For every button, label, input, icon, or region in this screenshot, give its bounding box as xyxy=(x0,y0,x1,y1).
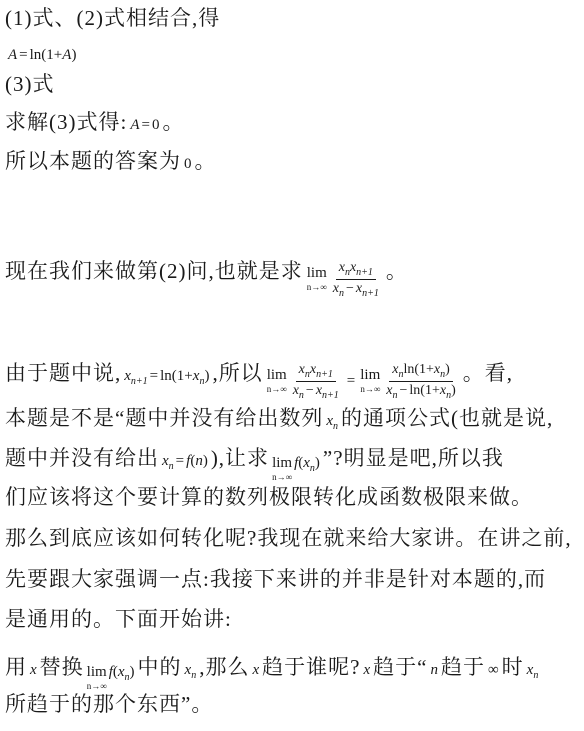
math-var-x: x xyxy=(363,662,370,678)
text-segment: 时 xyxy=(502,655,524,679)
math-infinity: ∞ xyxy=(488,662,499,678)
math-xn: xn xyxy=(185,662,197,678)
formula-a-equals-ln: A=ln(1+A) xyxy=(8,47,76,63)
text-line-1: (1)式、(2)式相结合,得 xyxy=(5,3,220,33)
math-var-x: x xyxy=(30,662,37,678)
math-sub-n1: n+1 xyxy=(131,376,148,387)
text-line-9: 题中并没有给出xn=f(n)),让求limn→∞f(xn)”?明显是吧,所以我 xyxy=(5,443,504,482)
math-equals: = xyxy=(140,117,152,133)
text-line-15: 所趋于的那个东西”。 xyxy=(5,689,213,719)
text-segment: 。看, xyxy=(463,361,513,385)
text-line-11: 那么到底应该如何转化呢?我现在就来给大家讲。在讲之前, xyxy=(5,523,572,553)
text-segment: ”?明显是吧,所以我 xyxy=(323,446,504,470)
text-line-8: 本题是不是“题中并没有给出数列xn的通项公式(也就是说, xyxy=(5,403,553,436)
text-segment: ,那么 xyxy=(199,655,249,679)
text-segment: (3)式 xyxy=(5,72,55,96)
text-segment: 所以本题的答案为 xyxy=(5,149,181,173)
math-var-x: x xyxy=(363,662,370,678)
text-segment: 先要跟大家强调一点:我接下来讲的并非是针对本题的,而 xyxy=(5,567,546,591)
math-xn: xn xyxy=(326,413,338,429)
math-zero: 0 xyxy=(152,117,160,133)
text-segment: 求解(3)式得: xyxy=(5,110,127,134)
formula-lim-f-xn: limn→∞f(xn) xyxy=(87,665,135,691)
text-period: 。 xyxy=(162,110,184,134)
text-segment: 是通用的。下面开始讲: xyxy=(5,607,232,631)
text-line-6: 现在我们来做第(2)问,也就是求limn→∞xnxn+1xn−xn+1。 xyxy=(5,256,408,299)
text-segment: 现在我们来做第(2)问,也就是求 xyxy=(5,259,303,283)
math-lim: lim xyxy=(360,368,380,383)
text-segment: 由于题中说, xyxy=(5,361,121,385)
math-var-x: x xyxy=(30,662,37,678)
formula-xn-equals-fn: xn=f(n) xyxy=(162,453,208,469)
math-lim: lim xyxy=(307,266,327,281)
text-period: 。 xyxy=(195,149,217,173)
lim-stack: limn→∞ xyxy=(87,665,107,691)
text-segment: (1)式、(2)式相结合,得 xyxy=(5,6,220,30)
math-minus: − xyxy=(304,383,316,398)
math-sub-n: n xyxy=(393,390,398,401)
text-line-3: (3)式 xyxy=(5,69,55,99)
formula-recurrence: xn+1=ln(1+xn) xyxy=(124,368,209,384)
fraction-denominator: xn−ln(1+xn) xyxy=(383,382,458,401)
math-ln-open: ln(1+ xyxy=(403,362,433,377)
document-page: (1)式、(2)式相结合,得 A=ln(1+A) (3)式 求解(3)式得:A=… xyxy=(0,0,584,731)
lim-stack: limn→∞ xyxy=(360,368,380,394)
math-lim-subscript: n→∞ xyxy=(267,385,287,394)
math-lim: lim xyxy=(267,368,287,383)
text-line-5: 所以本题的答案为0。 xyxy=(5,146,217,179)
math-equals: = xyxy=(17,47,29,63)
math-sub-n1: n+1 xyxy=(356,267,373,278)
text-line-14: 用x替换limn→∞f(xn)中的xn,那么x趋于谁呢?x趋于“n趋于∞时xn xyxy=(5,652,541,691)
text-line-7: 由于题中说,xn+1=ln(1+xn),所以limn→∞xnxn+1xn−xn+… xyxy=(5,358,513,401)
math-var-n: n xyxy=(430,662,438,678)
text-segment: 替换 xyxy=(40,655,84,679)
math-rparen: ) xyxy=(445,362,450,377)
math-rparen: ) xyxy=(203,453,208,469)
text-period: 。 xyxy=(386,259,408,283)
math-var-x: x xyxy=(118,664,125,680)
math-rparen: ) xyxy=(451,383,456,398)
math-minus: − xyxy=(398,383,410,398)
text-segment: 用 xyxy=(5,655,27,679)
math-var-x: x xyxy=(124,368,131,384)
formula-line-a-eq-ln: A=ln(1+A) xyxy=(5,37,79,70)
math-rparen: ) xyxy=(71,47,76,63)
formula-lim-equation: limn→∞xnxn+1xn−xn+1=limn→∞xnln(1+xn)xn−l… xyxy=(267,362,459,401)
math-ln-open: ln(1+ xyxy=(30,47,63,63)
math-var-n: n xyxy=(195,453,203,469)
text-line-13: 是通用的。下面开始讲: xyxy=(5,604,232,634)
math-var-A: A xyxy=(8,47,17,63)
text-line-12: 先要跟大家强调一点:我接下来讲的并非是针对本题的,而 xyxy=(5,564,546,594)
math-lim-subscript: n→∞ xyxy=(360,385,380,394)
text-segment: 趋于 xyxy=(441,655,485,679)
text-segment: 本题是不是“题中并没有给出数列 xyxy=(5,406,323,430)
lim-argument: f(xn) xyxy=(294,456,320,474)
formula-lim-f-xn: limn→∞f(xn) xyxy=(272,456,320,482)
formula-lim-fraction-xn: limn→∞xnxn+1xn−xn+1 xyxy=(307,260,382,299)
math-var-x: x xyxy=(252,662,259,678)
math-rparen: ) xyxy=(204,368,209,384)
math-zero: 0 xyxy=(184,156,192,172)
math-var-x: x xyxy=(326,413,333,429)
math-lim-subscript: n→∞ xyxy=(272,473,292,482)
math-sub-n1: n+1 xyxy=(362,288,379,299)
text-segment: 趋于谁呢? xyxy=(262,655,360,679)
text-segment: 的通项公式(也就是说, xyxy=(341,406,553,430)
math-sub-n: n xyxy=(169,461,174,472)
math-ln-open: ln(1+ xyxy=(409,383,439,398)
lim-stack: limn→∞ xyxy=(307,266,327,292)
text-line-4: 求解(3)式得:A=0。 xyxy=(5,107,184,140)
text-segment: ,所以 xyxy=(212,361,262,385)
math-equals: = xyxy=(347,366,355,396)
math-sub-n: n xyxy=(333,421,338,432)
text-segment: 所趋于的那个东西”。 xyxy=(5,692,213,716)
text-line-10: 们应该将这个要计算的数列极限转化成函数极限来做。 xyxy=(5,482,533,512)
text-segment: 中的 xyxy=(138,655,182,679)
math-xn: xn xyxy=(527,662,539,678)
fraction-denominator: xn−xn+1 xyxy=(290,382,342,401)
text-segment: 们应该将这个要计算的数列极限转化成函数极限来做。 xyxy=(5,485,533,509)
math-var-x: x xyxy=(303,455,310,471)
lim-stack: limn→∞ xyxy=(272,456,292,482)
fraction-numerator: xnxn+1 xyxy=(296,362,336,382)
math-var-x: x xyxy=(162,453,169,469)
math-var-A: A xyxy=(130,117,139,133)
fraction: xnxn+1xn−xn+1 xyxy=(290,362,342,401)
math-rparen: ) xyxy=(130,664,135,680)
math-lim: lim xyxy=(87,665,107,680)
fraction-numerator: xnxn+1 xyxy=(336,260,376,280)
fraction: xnln(1+xn)xn−ln(1+xn) xyxy=(383,362,458,401)
fraction: xnxn+1xn−xn+1 xyxy=(330,260,382,299)
text-segment: ),让求 xyxy=(211,446,269,470)
math-var-x: x xyxy=(252,662,259,678)
math-lim: lim xyxy=(272,456,292,471)
text-segment: 趋于“ xyxy=(373,655,427,679)
math-equals: = xyxy=(174,453,186,469)
math-var-n: n xyxy=(430,662,438,678)
math-sub-n: n xyxy=(191,670,196,681)
lim-stack: limn→∞ xyxy=(267,368,287,394)
fraction-denominator: xn−xn+1 xyxy=(330,280,382,299)
math-minus: − xyxy=(344,281,356,296)
text-segment: 那么到底应该如何转化呢?我现在就来给大家讲。在讲之前, xyxy=(5,526,572,550)
math-sub-n1: n+1 xyxy=(322,390,339,401)
math-sub-n: n xyxy=(533,670,538,681)
lim-argument: f(xn) xyxy=(109,665,135,683)
text-segment: 题中并没有给出 xyxy=(5,446,159,470)
math-lim-subscript: n→∞ xyxy=(307,283,327,292)
formula-a-equals-zero: A=0 xyxy=(130,117,159,133)
math-equals: = xyxy=(148,368,160,384)
math-sub-n1: n+1 xyxy=(316,369,333,380)
math-rparen: ) xyxy=(315,455,320,471)
fraction-numerator: xnln(1+xn) xyxy=(389,362,453,382)
math-ln-open: ln(1+ xyxy=(160,368,193,384)
